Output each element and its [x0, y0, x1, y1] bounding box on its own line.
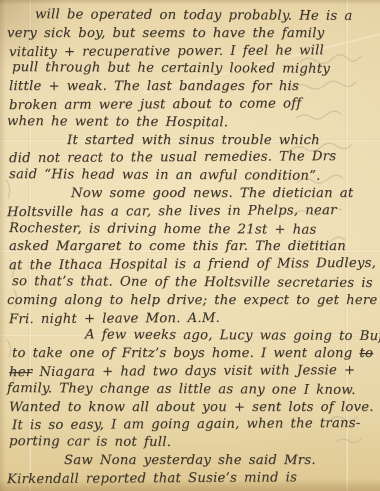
letter-line-text: Niagara + had two days visit with Jessie…: [39, 363, 355, 380]
letter-line: did not react to the usual remedies. The…: [9, 148, 376, 168]
letter-line: to take one of Fritz’s boys home. I went…: [12, 345, 376, 363]
struck-out-word: to: [359, 346, 373, 361]
letter-line: Now some good news. The dietician at: [9, 185, 376, 203]
letter-line: Rochester, is driving home the 21st + ha…: [9, 220, 376, 240]
letter-line: little + weak. The last bandages for his: [9, 78, 376, 96]
letter-line: coming along to help drive; the expect t…: [7, 292, 376, 310]
letter-line: her Niagara + had two days visit with Je…: [9, 362, 376, 382]
letter-line: said “His head was in an awful condition…: [9, 166, 376, 186]
letter-line: family. They change as little as any one…: [7, 380, 376, 400]
letter-line: porting car is not full.: [9, 433, 376, 453]
letter-line: A few weeks ago, Lucy was going to Buffa…: [9, 326, 376, 346]
letter-line: Holtsville has a car, she lives in Phelp…: [7, 202, 376, 222]
letter-line: Kirkendall reported that Susie’s mind is: [7, 469, 376, 489]
letter-line: asked Margaret to come this far. The die…: [9, 238, 376, 256]
letter-line-text: to take one of Fritz’s boys home. I went…: [12, 346, 352, 361]
letter-page: will be operated on today probably. He i…: [0, 0, 380, 491]
letter-line: so that’s that. One of the Holtsville se…: [12, 273, 376, 293]
letter-line: at the Ithaca Hospital is a friend of Mi…: [9, 255, 376, 275]
letter-line: will be operated on today probably. He i…: [9, 6, 376, 26]
letter-line: very sick boy, but seems to have the fam…: [7, 25, 376, 43]
letter-line: when he went to the Hospital.: [7, 113, 376, 133]
letter-line: Saw Nona yesterday she said Mrs.: [9, 452, 376, 470]
struck-out-word: her: [9, 365, 32, 380]
letter-line: Wanted to know all about you + sent lots…: [9, 399, 376, 417]
letter-line: It started with sinus trouble which: [12, 132, 376, 150]
letter-line: broken arm were just about to come off: [9, 95, 376, 115]
letter-line: It is so easy, I am going again, when th…: [12, 415, 376, 435]
letter-body: will be operated on today probably. He i…: [0, 0, 380, 488]
letter-line: pull through but he certainly looked mig…: [12, 59, 376, 79]
